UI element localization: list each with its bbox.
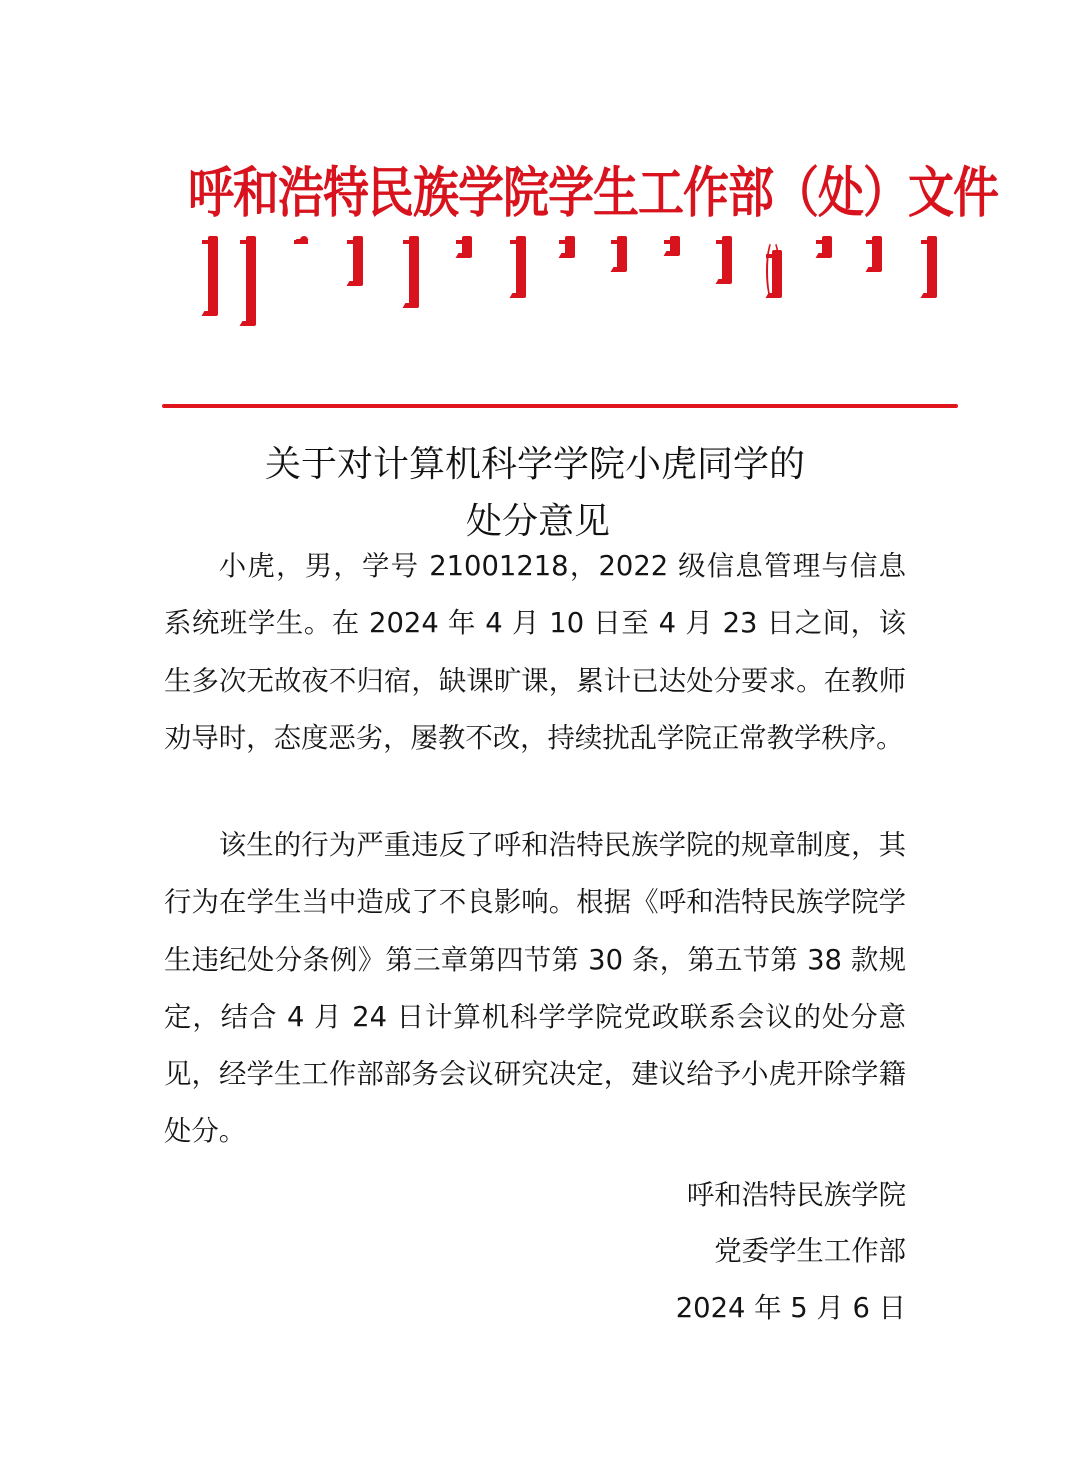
mongolian-word <box>927 236 937 298</box>
mongolian-word <box>722 236 732 284</box>
mongolian-word <box>300 236 308 244</box>
mongolian-word <box>516 236 526 298</box>
mongolian-word <box>822 236 832 258</box>
document-title-line-2: 处分意见 <box>158 493 918 544</box>
mongolian-word <box>872 236 882 272</box>
letterhead-mongolian-script <box>192 236 952 336</box>
letterhead-title: 呼和浩特民族学院学生工作部（处）文件 <box>188 150 948 228</box>
signature-institution: 呼和浩特民族学院 <box>687 1172 906 1212</box>
body-paragraph-1-container: 小虎，男，学号 21001218，2022 级信息管理与信息系统班学生。在 20… <box>164 538 906 767</box>
mongolian-word <box>462 236 472 258</box>
mongolian-word <box>670 236 680 256</box>
mongolian-word <box>208 236 218 316</box>
document-title-line-1: 关于对计算机科学学院小虎同学的 <box>150 436 920 487</box>
mongolian-word <box>772 250 782 298</box>
body-paragraph: 该生的行为严重违反了呼和浩特民族学院的规章制度，其行为在学生当中造成了不良影响。… <box>164 817 906 1161</box>
signature-date: 2024 年 5 月 6 日 <box>676 1285 906 1325</box>
mongolian-word <box>353 236 363 286</box>
mongolian-word <box>617 236 627 272</box>
mongolian-word <box>246 236 256 326</box>
body-paragraph: 小虎，男，学号 21001218，2022 级信息管理与信息系统班学生。在 20… <box>164 538 906 767</box>
mongolian-word <box>409 236 419 308</box>
letterhead-red-rule <box>162 404 958 408</box>
mongolian-word <box>565 236 575 258</box>
signature-department: 党委学生工作部 <box>714 1228 906 1268</box>
body-paragraph-2-container: 该生的行为严重违反了呼和浩特民族学院的规章制度，其行为在学生当中造成了不良影响。… <box>164 817 906 1161</box>
